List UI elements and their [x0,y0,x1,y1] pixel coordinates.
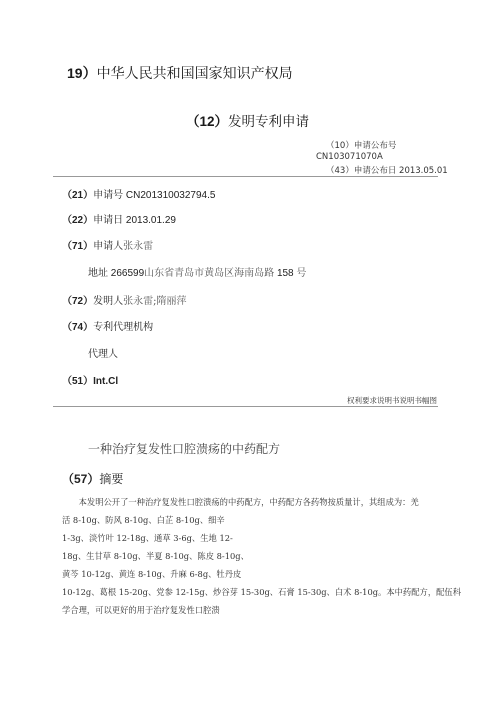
address-label: 地址 [88,268,108,279]
invention-title: 一种治疗复发性口腔溃疡的中药配方 [88,440,280,457]
address-number: 158 [277,268,294,279]
abstract-line: 黄芩 10-12g、黄连 8-10g、升麻 6-8g、牡丹皮 [62,568,241,580]
abstract-line: 学合理，可以更好的用于治疗复发性口腔溃 [62,604,220,616]
sections-navigation[interactable]: 权利要求说明书说明书幅图 [347,395,437,406]
publication-date-label: （43）申请公布日 [326,166,396,176]
abstract-line: 本发明公开了一种治疗复发性口腔溃疡的中药配方，中药配方各药物按质量计，其组成为：… [62,496,419,508]
divider-bottom [53,406,438,407]
address-field: 地址 266599山东省青岛市黄岛区海南岛路 158 号 [88,264,306,279]
issuing-office: 19）中华人民共和国国家知识产权局 [67,63,293,83]
int-cl-label: Int.Cl [93,376,118,387]
filing-date-value: 2013.01.29 [126,215,176,226]
publication-number-label: （10）申请公布号 [326,139,396,151]
address-postcode: 266599 [111,268,144,279]
agency-label: 专利代理机构 [93,322,153,333]
agency-field: （74）专利代理机构 [62,318,153,333]
abstract-line: 10-12g、葛根 15-20g、党参 12-15g、炒谷芽 15-30g、石膏… [62,586,461,598]
filing-date-field: （22）申请日 2013.01.29 [62,211,176,226]
application-number-label: 申请号 [93,190,123,201]
inventor-label: 发明人 [93,296,123,307]
abstract-line: 活 8-10g、防风 8-10g、白芷 8-10g、细辛 [62,514,225,526]
doc-type-name: 发明专利申请 [228,114,309,130]
divider-top [53,176,438,177]
applicant-label: 申请人 [93,241,123,252]
application-number-field: （21）申请号 CN201310032794.5 [62,186,215,201]
publication-number-value: CN103071070A [316,152,383,162]
application-number-value: CN201310032794.5 [126,190,216,201]
applicant-field: （71）申请人张永雷 [62,237,153,252]
document-type: （12）发明专利申请 [186,110,309,130]
publication-date-value: 2013.05.01 [399,166,448,176]
applicant-value: 张永雷 [123,241,153,252]
doc-type-code: （12） [186,114,228,129]
int-cl-field: （51）Int.Cl [62,372,118,387]
filing-date-label: 申请日 [93,215,123,226]
office-name: 中华人民共和国国家知识产权局 [97,66,293,82]
abstract-heading: （57）摘要 [62,470,123,487]
inventor-field: （72）发明人张永雷;隋丽萍 [62,292,187,307]
abstract-line: 18g、生甘草 8-10g、半夏 8-10g、陈皮 8-10g、 [62,550,249,562]
inventor-value: 张永雷;隋丽萍 [123,296,186,307]
agent-field: 代理人 [88,345,118,360]
abstract-label: 摘要 [99,472,123,486]
publication-date: （43）申请公布日 2013.05.01 [326,164,448,176]
agent-label: 代理人 [88,349,118,360]
abstract-line: 1-3g、淡竹叶 12-18g、通草 3-6g、生地 12- [62,532,233,544]
office-code: 19） [67,65,97,81]
address-value: 山东省青岛市黄岛区海南岛路 [144,268,274,279]
